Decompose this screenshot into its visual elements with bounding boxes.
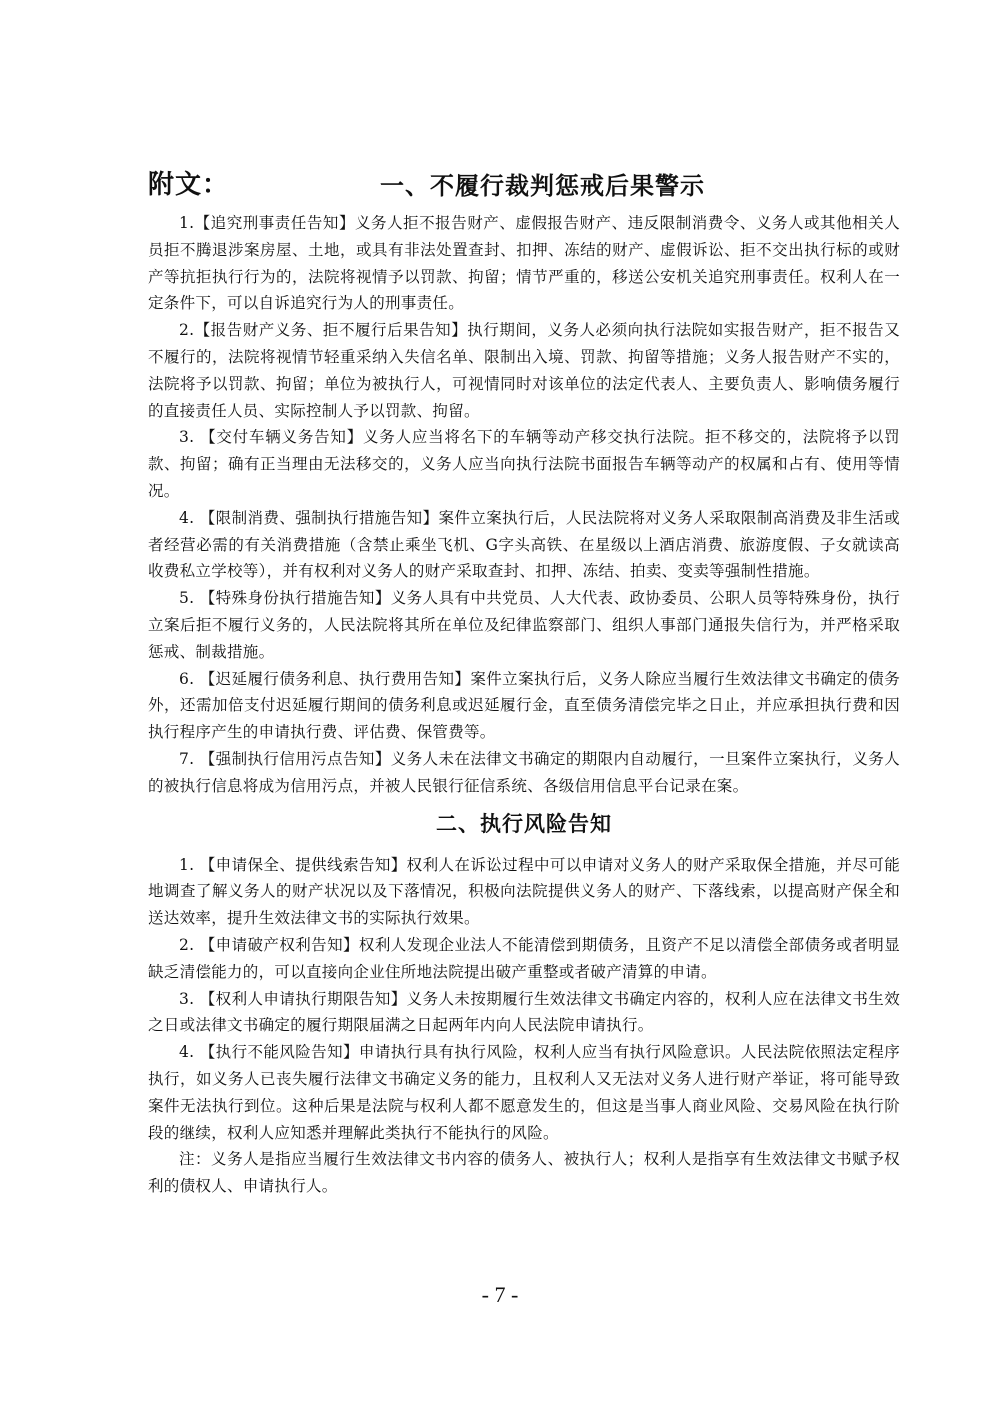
- section2-item-1: 1. 【申请保全、提供线索告知】权利人在诉讼过程中可以申请对义务人的财产采取保全…: [148, 852, 900, 932]
- section2-note: 注：义务人是指应当履行生效法律文书内容的债务人、被执行人；权利人是指享有生效法律…: [148, 1146, 900, 1200]
- document-page: 附文： 一、不履行裁判惩戒后果警示 1.【追究刑事责任告知】义务人拒不报告财产、…: [148, 160, 900, 1200]
- section1-item-3: 3. 【交付车辆义务告知】义务人应当将名下的车辆等动产移交执行法院。拒不移交的，…: [148, 424, 900, 504]
- page-number: - 7 -: [0, 1282, 1000, 1308]
- section1-body: 1.【追究刑事责任告知】义务人拒不报告财产、虚假报告财产、违反限制消费令、义务人…: [148, 210, 900, 800]
- section2-item-3: 3. 【权利人申请执行期限告知】义务人未按期履行生效法律文书确定内容的，权利人应…: [148, 986, 900, 1040]
- section1-title: 一、不履行裁判惩戒后果警示: [380, 166, 705, 201]
- section1-item-4: 4. 【限制消费、强制执行措施告知】案件立案执行后，人民法院将对义务人采取限制高…: [148, 505, 900, 585]
- header-row: 附文： 一、不履行裁判惩戒后果警示: [148, 160, 900, 204]
- section2-title: 二、执行风险告知: [148, 807, 900, 841]
- section1-item-1: 1.【追究刑事责任告知】义务人拒不报告财产、虚假报告财产、违反限制消费令、义务人…: [148, 210, 900, 317]
- section1-item-2: 2.【报告财产义务、拒不履行后果告知】执行期间，义务人必须向执行法院如实报告财产…: [148, 317, 900, 424]
- section1-item-7: 7. 【强制执行信用污点告知】义务人未在法律文书确定的期限内自动履行，一旦案件立…: [148, 746, 900, 800]
- section1-item-6: 6. 【迟延履行债务利息、执行费用告知】案件立案执行后，义务人除应当履行生效法律…: [148, 666, 900, 746]
- appendix-label: 附文：: [148, 164, 229, 201]
- section2-body: 1. 【申请保全、提供线索告知】权利人在诉讼过程中可以申请对义务人的财产采取保全…: [148, 852, 900, 1200]
- section1-item-5: 5. 【特殊身份执行措施告知】义务人具有中共党员、人大代表、政协委员、公职人员等…: [148, 585, 900, 665]
- section2-item-4: 4. 【执行不能风险告知】申请执行具有执行风险，权利人应当有执行风险意识。人民法…: [148, 1039, 900, 1146]
- section2-item-2: 2. 【申请破产权利告知】权利人发现企业法人不能清偿到期债务，且资产不足以清偿全…: [148, 932, 900, 986]
